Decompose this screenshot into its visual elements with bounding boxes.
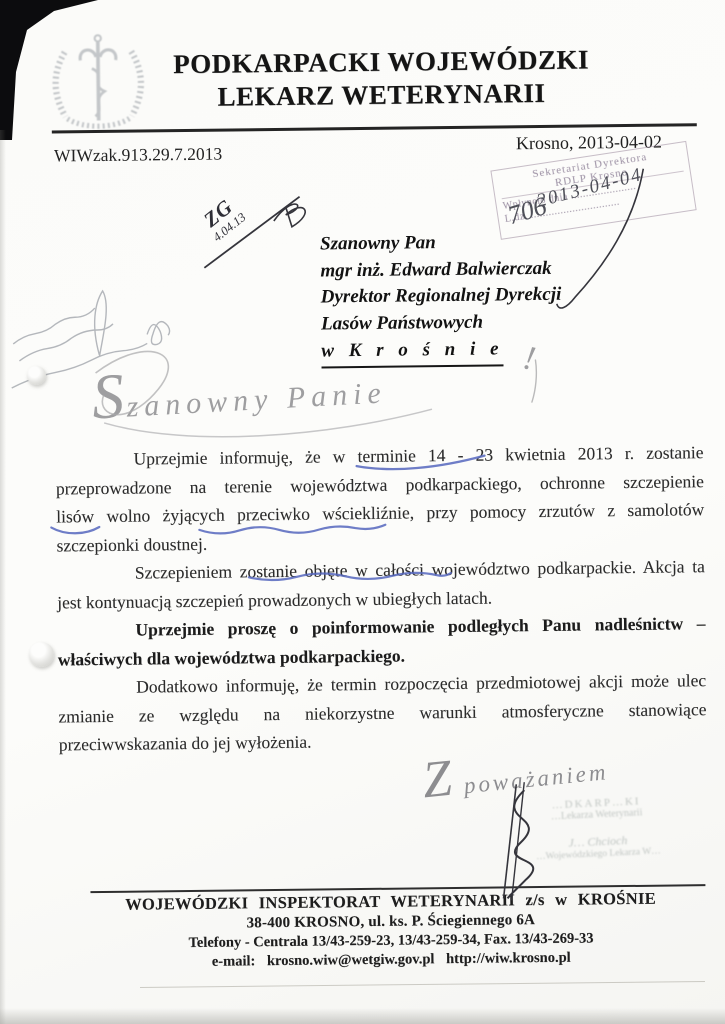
scanned-letter-page: PODKARPACKI WOJEWÓDZKI LEKARZ WETERYNARI… bbox=[0, 0, 725, 1024]
recipient-position-line1: Dyrektor Regionalnej Dyrekcji bbox=[321, 282, 562, 311]
letterhead-title: PODKARPACKI WOJEWÓDZKI LEKARZ WETERYNARI… bbox=[86, 42, 677, 115]
decree-annotation: ZG 4.04.13 bbox=[196, 192, 249, 245]
official-stamp-faint: …DKARP…KI …Lekarza Weterynarii J… Chcioc… bbox=[493, 793, 701, 864]
decree-paraph bbox=[274, 204, 306, 227]
letter-body: Uprzejmie informuję, że w terminie 14 - … bbox=[55, 438, 707, 759]
recipient-name: mgr inż. Edward Balwierczak bbox=[320, 255, 561, 284]
paper-blemish-dot bbox=[29, 642, 54, 667]
document-content: PODKARPACKI WOJEWÓDZKI LEKARZ WETERYNARI… bbox=[0, 0, 725, 1024]
letterhead-title-line1: PODKARPACKI WOJEWÓDZKI bbox=[86, 42, 676, 82]
reference-number: WIWzak.913.29.7.2013 bbox=[54, 144, 222, 167]
paper-blemish-dot bbox=[27, 366, 46, 385]
scan-bottom-shadow bbox=[0, 1008, 725, 1024]
letterhead-title-line2: LEKARZ WETERYNARII bbox=[86, 75, 676, 115]
handwritten-greeting: Szanowny Panie bbox=[90, 349, 388, 429]
footer-block: WOJEWÓDZKI INSPEKTORAT WETERYNARII z/s w… bbox=[75, 888, 706, 972]
body-line: przeciwwskazania do jej wyłożenia. bbox=[59, 723, 707, 759]
recipient-position-line2: Lasów Państwowych bbox=[321, 308, 562, 337]
page-edge-shadow bbox=[0, 130, 6, 1024]
recipient-salutation: Szanowny Pan bbox=[320, 229, 561, 258]
